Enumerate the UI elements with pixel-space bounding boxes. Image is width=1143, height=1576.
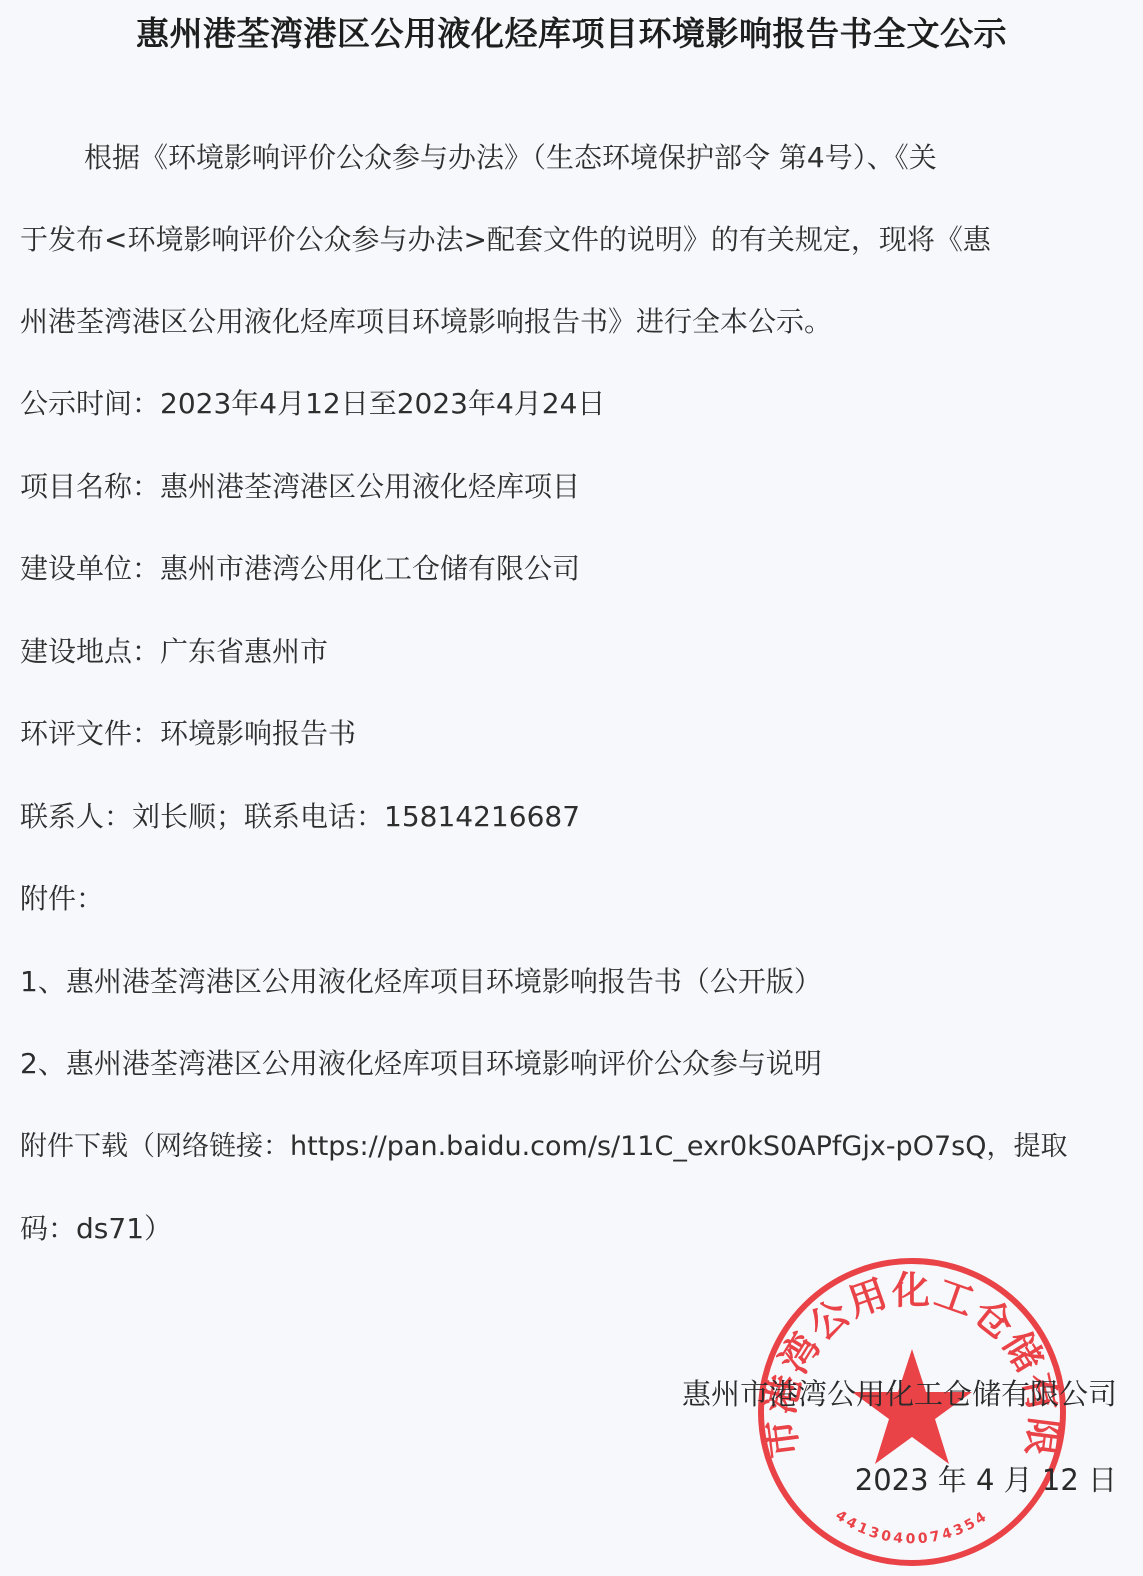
intro-line-3: 州港荃湾港区公用液化烃库项目环境影响报告书》进行全本公示。	[20, 304, 832, 340]
field-eia-document: 环评文件：环境影响报告书	[20, 716, 356, 752]
phone-label: 联系电话：	[244, 800, 384, 833]
seal-code: 4413040074354	[832, 1508, 991, 1548]
extract-code: ds71	[76, 1212, 144, 1245]
extract-code-label: 码：	[20, 1212, 76, 1245]
download-close: ）	[144, 1212, 172, 1245]
intro-line-2: 于发布<环境影响评价公众参与办法>配套文件的说明》的有关规定，现将《惠	[20, 222, 991, 258]
field-label: 环评文件：	[20, 717, 160, 750]
download-line-2: 码：ds71）	[20, 1211, 172, 1247]
field-value: 2023年4月12日至2023年4月24日	[160, 387, 605, 420]
signature-company: 惠州市港湾公用化工仓储有限公司	[682, 1376, 1117, 1412]
field-label: 项目名称：	[20, 470, 160, 503]
field-value: 环境影响报告书	[160, 717, 356, 750]
download-suffix: ，提取	[986, 1131, 1067, 1162]
field-location: 建设地点：广东省惠州市	[20, 634, 328, 670]
company-seal-icon: 惠州市港湾公用化工仓储有限公司 4413040074354	[754, 1254, 1070, 1570]
attachment-item-2: 2、惠州港荃湾港区公用液化烃库项目环境影响评价公众参与说明	[20, 1046, 822, 1082]
field-project-name: 项目名称：惠州港荃湾港区公用液化烃库项目	[20, 469, 580, 505]
attachments-heading: 附件：	[20, 881, 104, 917]
page-title: 惠州港荃湾港区公用液化烃库项目环境影响报告书全文公示	[0, 8, 1143, 55]
download-link[interactable]: https://pan.baidu.com/s/11C_exr0kS0APfGj…	[290, 1131, 986, 1162]
field-label: 公示时间：	[20, 387, 160, 420]
phone-number: 15814216687	[384, 800, 580, 833]
svg-text:4413040074354: 4413040074354	[832, 1508, 991, 1548]
contact-name: 刘长顺；	[132, 800, 244, 833]
field-value: 广东省惠州市	[160, 635, 328, 668]
field-contact: 联系人：刘长顺；联系电话：15814216687	[20, 799, 580, 835]
field-label: 联系人：	[20, 800, 132, 833]
attachment-item-1: 1、惠州港荃湾港区公用液化烃库项目环境影响报告书（公开版）	[20, 964, 822, 1000]
field-period: 公示时间：2023年4月12日至2023年4月24日	[20, 386, 605, 422]
field-value: 惠州市港湾公用化工仓储有限公司	[160, 552, 580, 585]
field-label: 建设地点：	[20, 635, 160, 668]
field-builder: 建设单位：惠州市港湾公用化工仓储有限公司	[20, 551, 580, 587]
intro-line-1: 根据《环境影响评价公众参与办法》（生态环境保护部令 第4号）、《关	[84, 140, 937, 176]
download-prefix: 附件下载（网络链接：	[20, 1131, 290, 1162]
seal-text: 惠州市港湾公用化工仓储有限公司	[754, 1254, 1067, 1461]
svg-text:惠州市港湾公用化工仓储有限公司: 惠州市港湾公用化工仓储有限公司	[754, 1254, 1067, 1461]
field-value: 惠州港荃湾港区公用液化烃库项目	[160, 470, 580, 503]
field-label: 建设单位：	[20, 552, 160, 585]
download-line-1: 附件下载（网络链接：https://pan.baidu.com/s/11C_ex…	[20, 1129, 1067, 1165]
signature-date: 2023 年 4 月 12 日	[855, 1462, 1117, 1498]
